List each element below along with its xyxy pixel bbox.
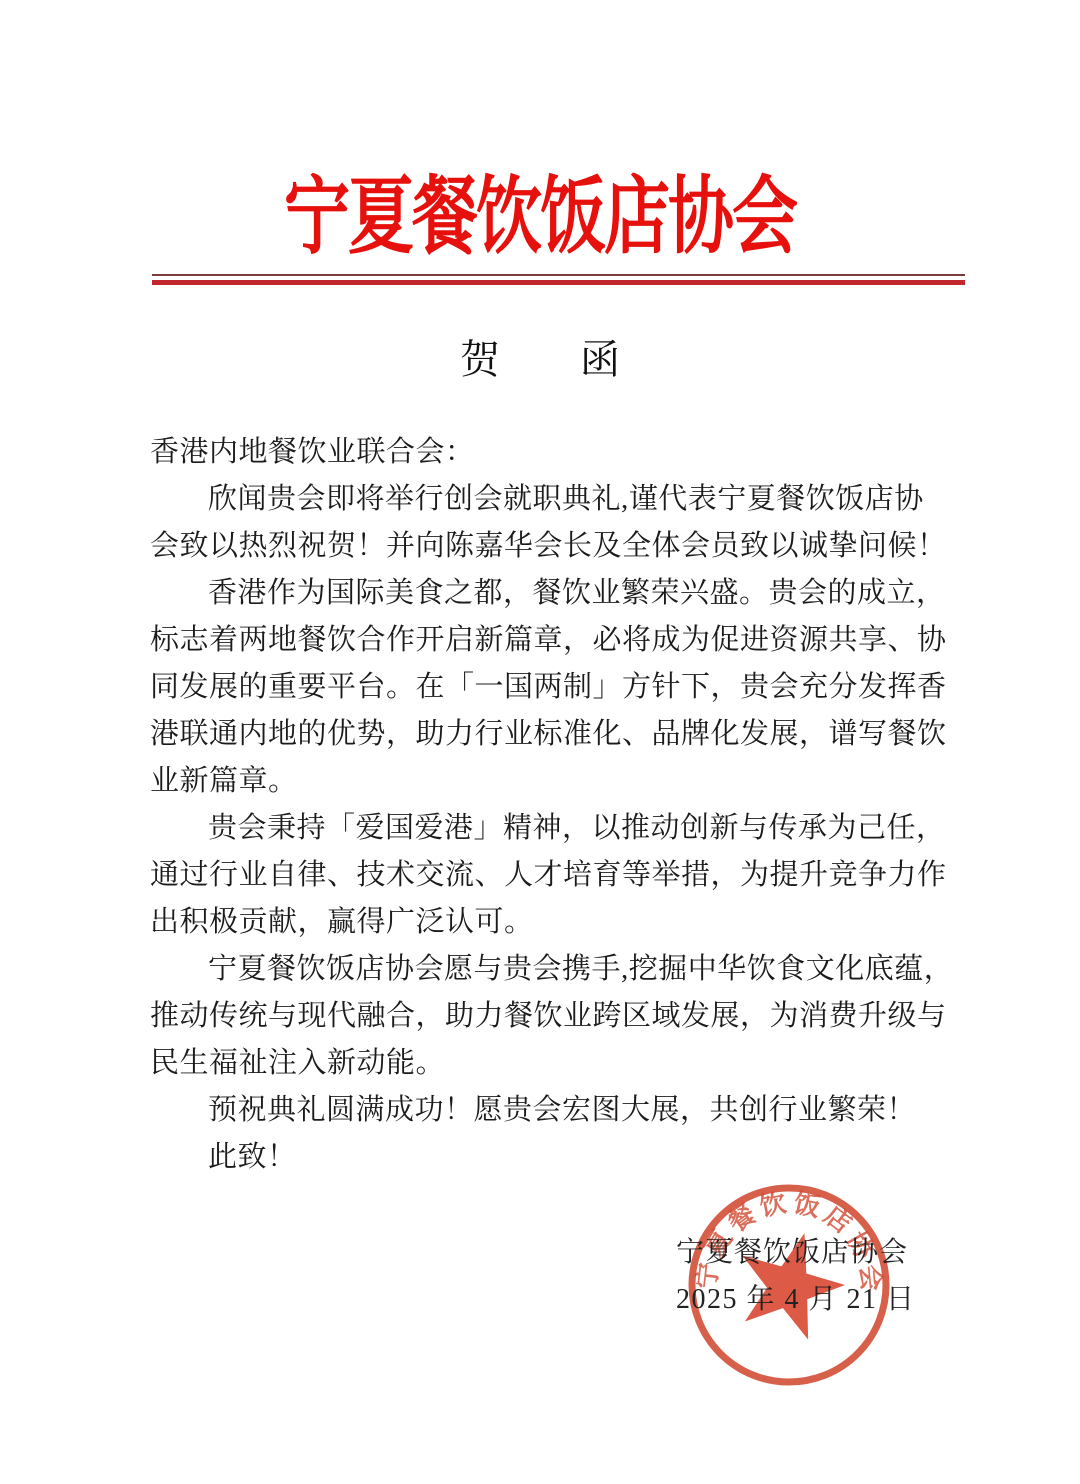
divider-thin-line: [152, 274, 965, 276]
body-line: 标志着两地餐饮合作开启新篇章，必将成为促进资源共享、协: [150, 617, 940, 664]
body-line: 此致！: [150, 1134, 940, 1181]
body-line: 民生福祉注入新动能。: [150, 1040, 940, 1087]
letter-page: 宁夏餐饮饭店协会 贺 函 香港内地餐饮业联合会：欣闻贵会即将举行创会就职典礼,谨…: [0, 0, 1080, 1484]
body-line: 同发展的重要平台。在「一国两制」方针下，贵会充分发挥香: [150, 664, 940, 711]
letterhead-title: 宁夏餐饮饭店协会: [0, 148, 1080, 270]
body-line: 业新篇章。: [150, 758, 940, 805]
body-line: 会致以热烈祝贺！并向陈嘉华会长及全体会员致以诚挚问候！: [150, 523, 940, 570]
body-line: 出积极贡献，赢得广泛认可。: [150, 899, 940, 946]
divider-thick-line: [152, 280, 965, 285]
signature-org: 宁夏餐饮饭店协会: [676, 1236, 908, 1270]
body-line: 宁夏餐饮饭店协会愿与贵会携手,挖掘中华饮食文化底蕴，: [150, 946, 940, 993]
body-line: 香港作为国际美食之都，餐饮业繁荣兴盛。贵会的成立，: [150, 570, 940, 617]
body-line: 香港内地餐饮业联合会：: [150, 429, 940, 476]
body-line: 预祝典礼圆满成功！愿贵会宏图大展，共创行业繁荣！: [150, 1087, 940, 1134]
letter-body: 香港内地餐饮业联合会：欣闻贵会即将举行创会就职典礼,谨代表宁夏餐饮饭店协会致以热…: [150, 429, 940, 1181]
body-line: 欣闻贵会即将举行创会就职典礼,谨代表宁夏餐饮饭店协: [150, 476, 940, 523]
signature-date: 2025 年 4 月 21 日: [676, 1283, 916, 1317]
letter-heading: 贺 函: [0, 328, 1080, 385]
body-line: 通过行业自律、技术交流、人才培育等举措，为提升竞争力作: [150, 852, 940, 899]
body-line: 推动传统与现代融合，助力餐饮业跨区域发展，为消费升级与: [150, 993, 940, 1040]
letterhead-divider: [152, 274, 965, 285]
body-line: 贵会秉持「爱国爱港」精神，以推动创新与传承为己任，: [150, 805, 940, 852]
body-line: 港联通内地的优势，助力行业标准化、品牌化发展，谱写餐饮: [150, 711, 940, 758]
